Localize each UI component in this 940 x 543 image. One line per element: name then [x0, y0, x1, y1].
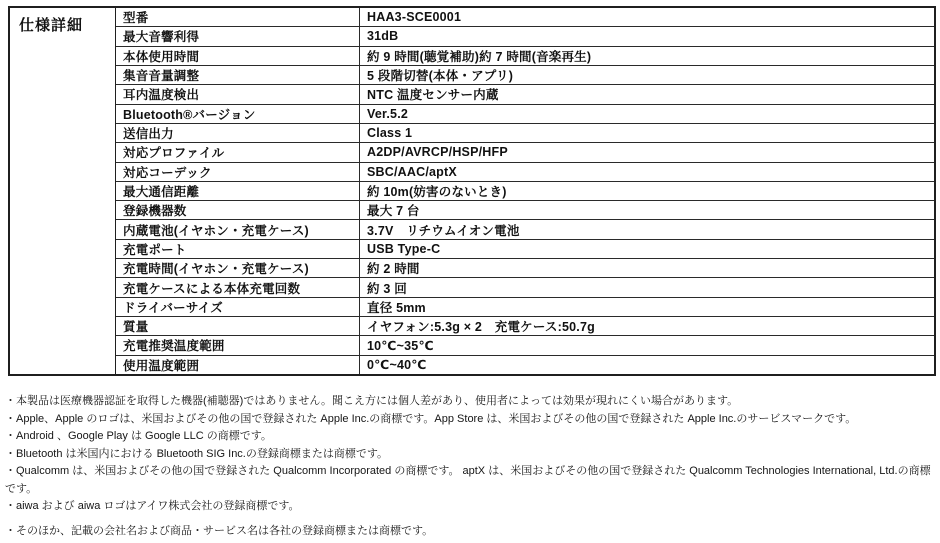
spec-row-value: 直径 5mm: [360, 298, 934, 316]
spec-row-label: 充電推奨温度範囲: [116, 336, 360, 354]
spec-row: 型番HAA3-SCE0001: [116, 8, 934, 26]
spec-row-label: 充電ポート: [116, 240, 360, 258]
spec-rows: 型番HAA3-SCE0001最大音響利得31dB本体使用時間約 9 時間(聴覚補…: [116, 8, 934, 374]
spec-table-title: 仕様詳細: [10, 8, 116, 374]
spec-row-label: 充電時間(イヤホン・充電ケース): [116, 259, 360, 277]
spec-row: 最大音響利得31dB: [116, 26, 934, 45]
spec-row: 充電ポートUSB Type-C: [116, 239, 934, 258]
spec-row-value: Ver.5.2: [360, 105, 934, 123]
spec-row-value: 約 3 回: [360, 278, 934, 296]
spec-row-label: Bluetooth®バージョン: [116, 105, 360, 123]
spec-row-label: 内蔵電池(イヤホン・充電ケース): [116, 220, 360, 238]
spec-row-value: 5 段階切替(本体・アプリ): [360, 66, 934, 84]
spec-row: ドライバーサイズ直径 5mm: [116, 297, 934, 316]
spec-row-label: 使用温度範囲: [116, 356, 360, 374]
spec-row: 充電時間(イヤホン・充電ケース)約 2 時間: [116, 258, 934, 277]
spec-row-value: 約 2 時間: [360, 259, 934, 277]
footnote-item: ・本製品は医療機器認証を取得した機器(補聴器)ではありません。聞こえ方には個人差…: [5, 393, 936, 411]
spec-row: 充電ケースによる本体充電回数約 3 回: [116, 277, 934, 296]
spec-row-label: 型番: [116, 8, 360, 26]
spec-row: 耳内温度検出NTC 温度センサー内蔵: [116, 84, 934, 103]
spec-row-label: 耳内温度検出: [116, 85, 360, 103]
footnote-item: ・Apple、Apple のロゴは、米国およびその他の国で登録された Apple…: [5, 411, 936, 429]
spec-row: 内蔵電池(イヤホン・充電ケース)3.7V リチウムイオン電池: [116, 219, 934, 238]
spec-row-label: 送信出力: [116, 124, 360, 142]
spec-row-value: 0℃~40℃: [360, 356, 934, 374]
spec-row-label: 対応コーデック: [116, 163, 360, 181]
spec-row-value: SBC/AAC/aptX: [360, 163, 934, 181]
spec-row-value: 10℃~35℃: [360, 336, 934, 354]
spec-row-label: 登録機器数: [116, 201, 360, 219]
footnotes-list: ・本製品は医療機器認証を取得した機器(補聴器)ではありません。聞こえ方には個人差…: [5, 393, 936, 540]
spec-row-value: イヤフォン:5.3g × 2 充電ケース:50.7g: [360, 317, 934, 335]
spec-row-value: 約 10m(妨害のないとき): [360, 182, 934, 200]
footnote-item: ・aiwa および aiwa ロゴはアイワ株式会社の登録商標です。: [5, 498, 936, 516]
spec-row: 集音音量調整5 段階切替(本体・アプリ): [116, 65, 934, 84]
spec-row-label: 充電ケースによる本体充電回数: [116, 278, 360, 296]
spec-row-label: ドライバーサイズ: [116, 298, 360, 316]
spec-row: 充電推奨温度範囲10℃~35℃: [116, 335, 934, 354]
spec-row-value: A2DP/AVRCP/HSP/HFP: [360, 143, 934, 161]
spec-table: 仕様詳細 型番HAA3-SCE0001最大音響利得31dB本体使用時間約 9 時…: [8, 6, 936, 376]
footnote-item: ・Android 、Google Play は Google LLC の商標です…: [5, 428, 936, 446]
spec-row-value: 約 9 時間(聴覚補助)約 7 時間(音楽再生): [360, 47, 934, 65]
footnote-item: ・そのほか、記載の会社名および商品・サービス名は各社の登録商標または商標です。: [5, 523, 936, 541]
spec-row: Bluetooth®バージョンVer.5.2: [116, 104, 934, 123]
spec-row: 登録機器数最大 7 台: [116, 200, 934, 219]
spec-row-value: NTC 温度センサー内蔵: [360, 85, 934, 103]
spec-row: 質量イヤフォン:5.3g × 2 充電ケース:50.7g: [116, 316, 934, 335]
spec-row-label: 本体使用時間: [116, 47, 360, 65]
spec-row-value: 3.7V リチウムイオン電池: [360, 220, 934, 238]
spec-row-value: 最大 7 台: [360, 201, 934, 219]
spec-row-label: 最大通信距離: [116, 182, 360, 200]
spec-row: 本体使用時間約 9 時間(聴覚補助)約 7 時間(音楽再生): [116, 46, 934, 65]
spec-row-value: Class 1: [360, 124, 934, 142]
spec-row-label: 最大音響利得: [116, 27, 360, 45]
footnote-item: ・Qualcomm は、米国およびその他の国で登録された Qualcomm In…: [5, 463, 936, 498]
spec-row: 対応コーデックSBC/AAC/aptX: [116, 162, 934, 181]
spec-row: 対応プロファイルA2DP/AVRCP/HSP/HFP: [116, 142, 934, 161]
spec-row: 使用温度範囲0℃~40℃: [116, 355, 934, 374]
spec-row-label: 対応プロファイル: [116, 143, 360, 161]
spec-row: 最大通信距離約 10m(妨害のないとき): [116, 181, 934, 200]
spec-row-label: 質量: [116, 317, 360, 335]
spec-row-value: HAA3-SCE0001: [360, 8, 934, 26]
spec-row-value: USB Type-C: [360, 240, 934, 258]
spec-row-label: 集音音量調整: [116, 66, 360, 84]
spec-row-value: 31dB: [360, 27, 934, 45]
footnote-item: ・Bluetooth は米国内における Bluetooth SIG Inc.の登…: [5, 446, 936, 464]
spec-row: 送信出力Class 1: [116, 123, 934, 142]
